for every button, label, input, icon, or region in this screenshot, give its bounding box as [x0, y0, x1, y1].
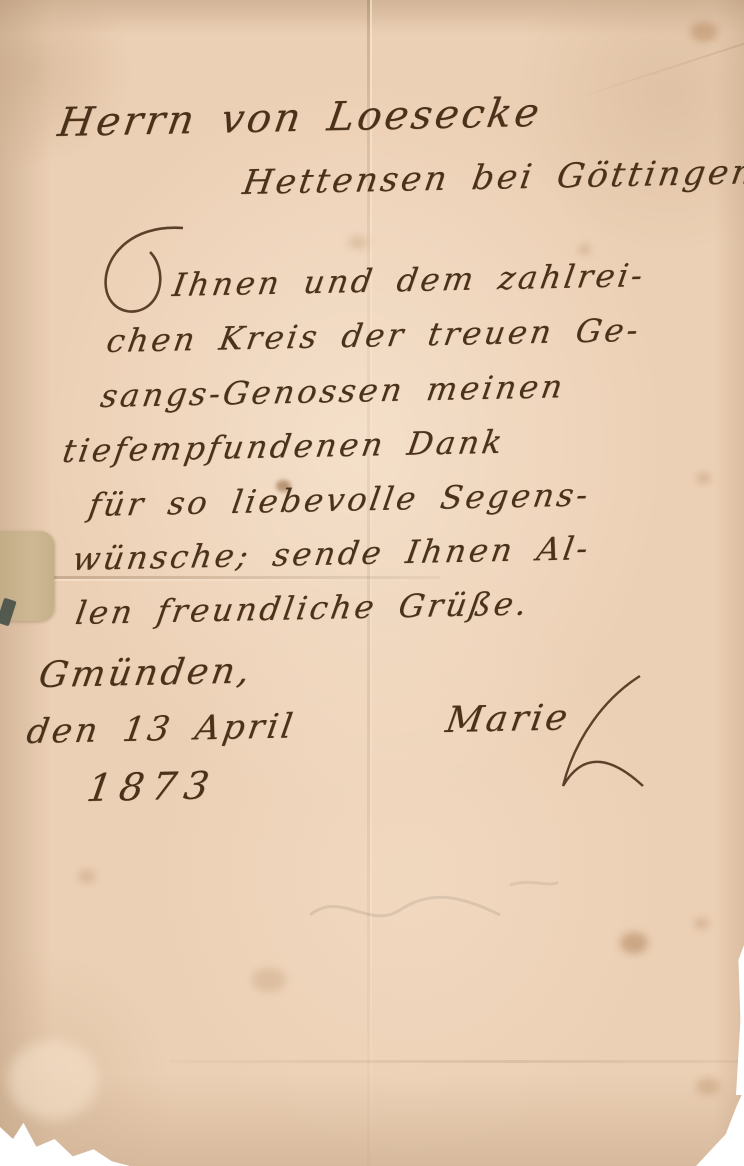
letter-scan: Herrn von Loesecke Hettensen bei Götting… — [0, 0, 744, 1166]
signature-flourish — [545, 668, 665, 798]
date-line: den 13 April — [24, 706, 298, 752]
year-line: 1873 — [84, 763, 220, 810]
place-line: Gmünden, — [36, 651, 255, 696]
faint-pencil-mark — [300, 870, 560, 940]
